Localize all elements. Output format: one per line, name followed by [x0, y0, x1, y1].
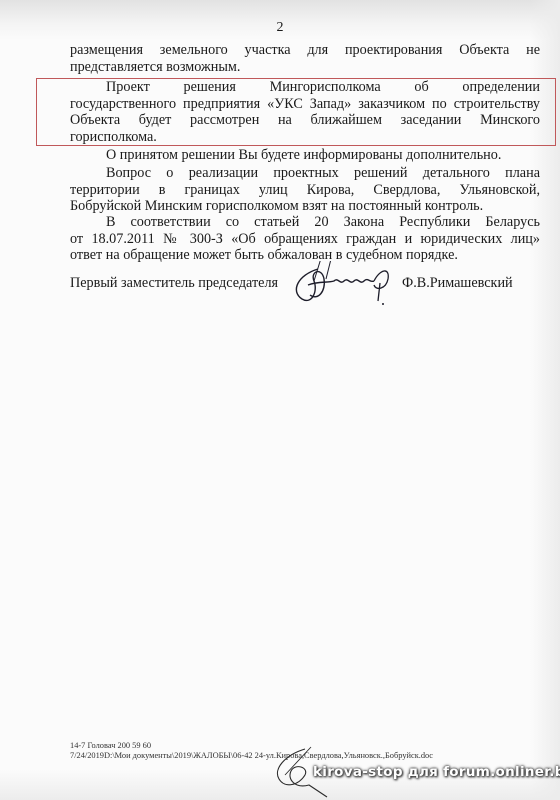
- document-footer: 14-7 Головач 200 59 60 7/24/2019D:\Мои д…: [70, 741, 433, 761]
- text-line: Вопрос о реализации проектных решений де…: [70, 165, 540, 182]
- text-line: от 18.07.2011 № 300-З «Об обращениях гра…: [70, 231, 540, 248]
- text-line: Объекта будет рассмотрен на ближайшем за…: [70, 112, 540, 129]
- signatory-title: Первый заместитель председателя: [70, 275, 278, 292]
- paragraph-inform: О принятом решении Вы будете информирова…: [70, 147, 540, 164]
- signatory-name: Ф.В.Римашевский: [402, 275, 513, 292]
- handwritten-signature-icon: [288, 261, 398, 307]
- footer-executor-line: 14-7 Головач 200 59 60: [70, 741, 433, 751]
- text-line: Бобруйской Минским горисполкомом взят на…: [70, 198, 540, 215]
- text-line: размещения земельного участка для проект…: [70, 42, 540, 59]
- page-number: 2: [0, 20, 560, 36]
- text-line: представляется возможным.: [70, 59, 540, 76]
- text-line: Проект решения Мингорисполкома об опреде…: [70, 79, 540, 96]
- footer-filepath-line: 7/24/2019D:\Мои документы\2019\ЖАЛОБЫ\06…: [70, 751, 433, 761]
- watermark-text: kirova-stop для forum.onliner.by: [313, 764, 560, 780]
- paragraph-continuation: размещения земельного участка для проект…: [70, 42, 540, 75]
- text-line: территории в границах улиц Кирова, Сверд…: [70, 182, 540, 199]
- text-line: государственного предприятия «УКС Запад»…: [70, 96, 540, 113]
- paragraph-highlighted: Проект решения Мингорисполкома об опреде…: [70, 79, 540, 145]
- text-line: В соответствии со статьей 20 Закона Респ…: [70, 214, 540, 231]
- paragraph-control: Вопрос о реализации проектных решений де…: [70, 165, 540, 215]
- paragraph-appeal: В соответствии со статьей 20 Закона Респ…: [70, 214, 540, 264]
- text-line: горисполкома.: [70, 129, 540, 146]
- text-line: О принятом решении Вы будете информирова…: [70, 147, 540, 164]
- signature-block: Первый заместитель председателя Ф.В.Рима…: [70, 271, 540, 301]
